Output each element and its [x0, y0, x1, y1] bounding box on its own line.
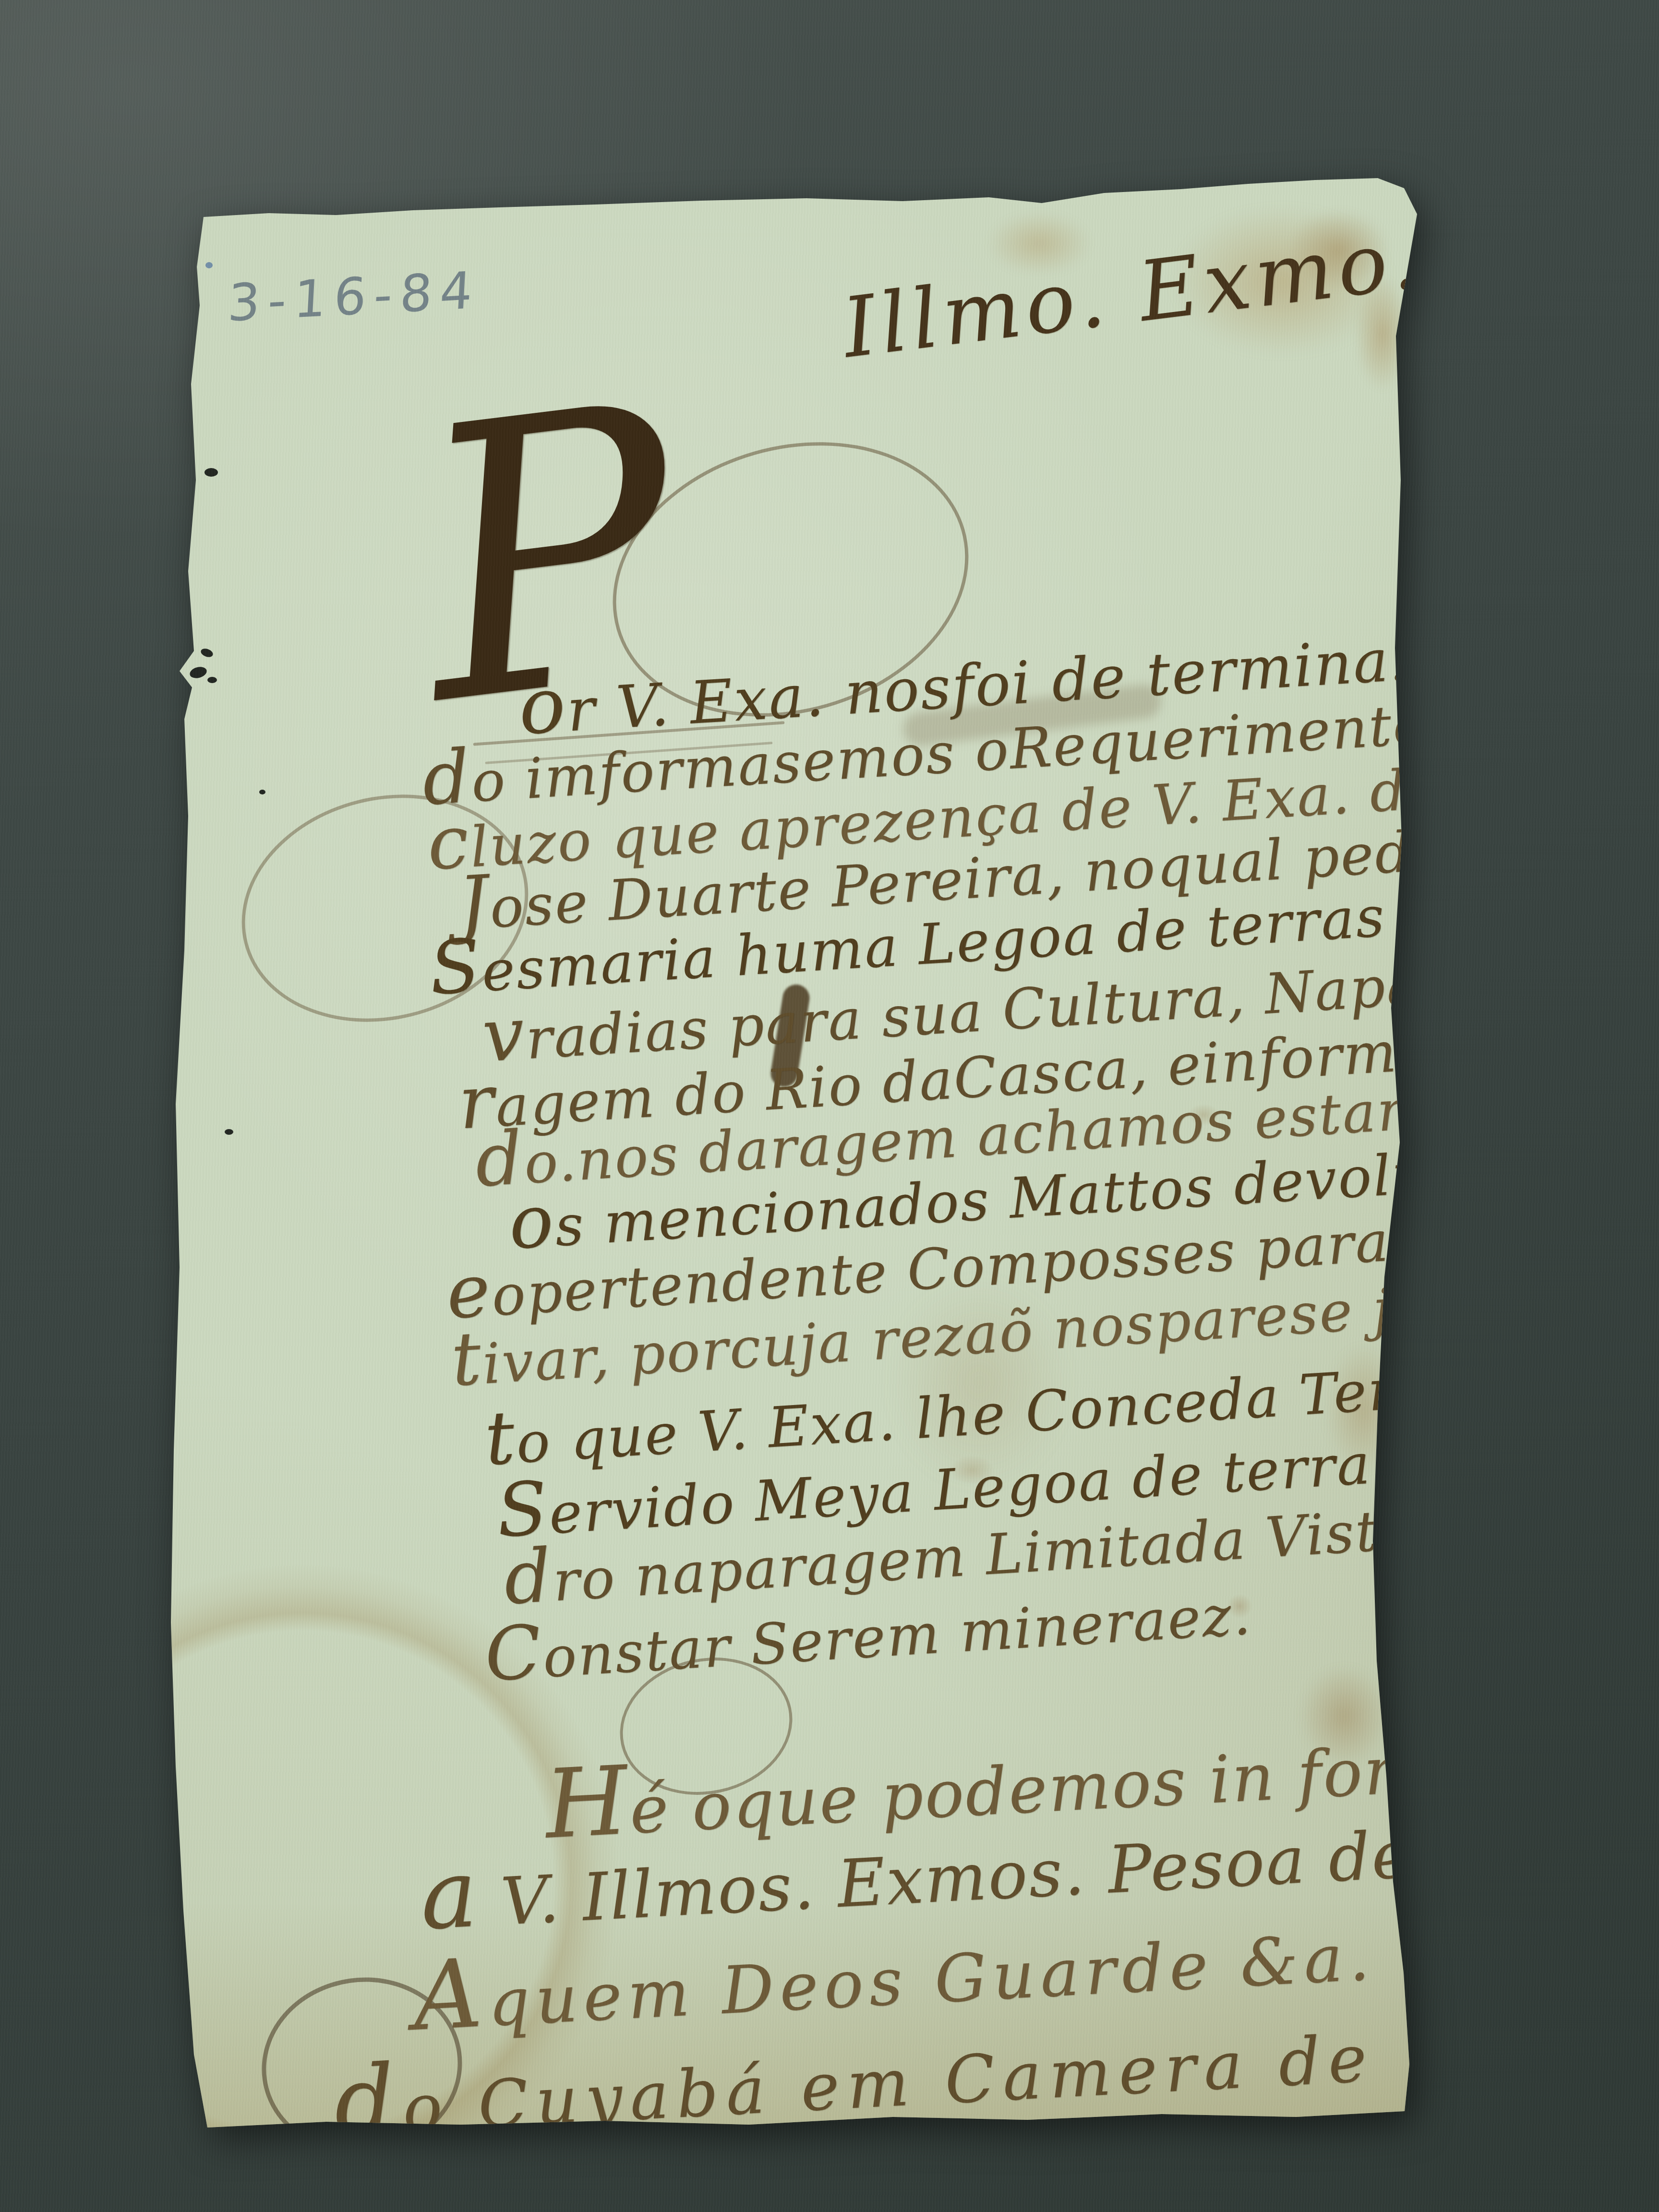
ink-speck [259, 790, 265, 794]
ink-speck [189, 665, 208, 680]
photograph-of-manuscript: 3-16-84 Illmo. Exmo. Snr. P or V. Exa. n… [0, 0, 1659, 2212]
paper-shadow-wrap: 3-16-84 Illmo. Exmo. Snr. P or V. Exa. n… [0, 0, 1659, 2212]
ink-speck [207, 677, 217, 683]
salutation: Illmo. Exmo. Snr. [838, 183, 1642, 376]
ink-speck [225, 1129, 233, 1135]
pencil-date-note: 3-16-84 [227, 260, 481, 333]
blue-ink-dot [205, 262, 213, 268]
ink-speck [204, 468, 218, 477]
manuscript-page: 3-16-84 Illmo. Exmo. Snr. P or V. Exa. n… [0, 0, 1659, 2212]
ink-speck [200, 647, 214, 659]
